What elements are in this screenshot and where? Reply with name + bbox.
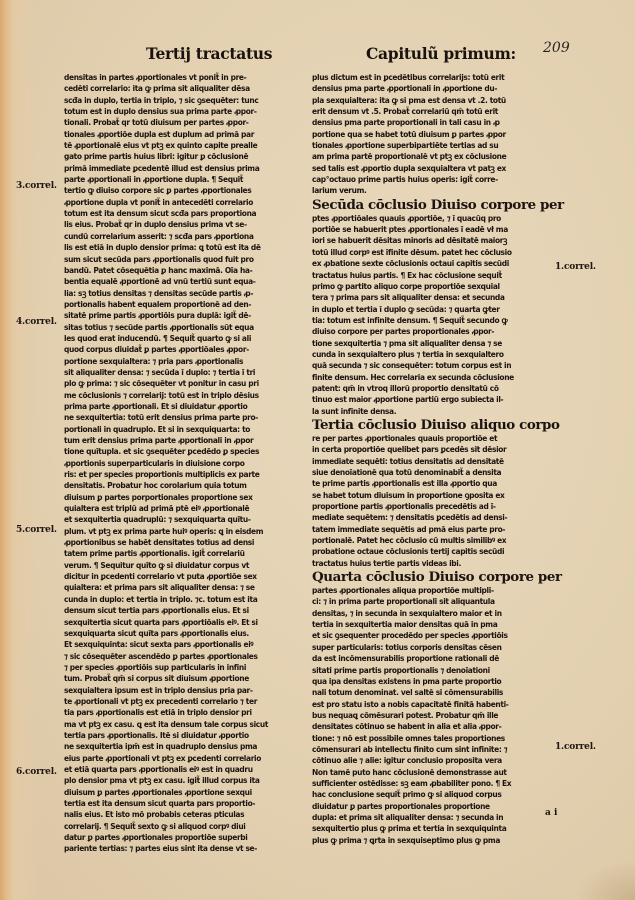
correlarium-margin-note: 1.correl. — [555, 262, 596, 272]
text-line: portionalis habent equalem proportionē a… — [64, 299, 302, 310]
text-line: dicitur in ꝑcedenti correlario vt puta ꝓ… — [64, 571, 302, 582]
text-line: et sexquitertia quadruplū: ⁊ sexquiquart… — [64, 514, 302, 525]
text-line: densius pma parte proportionali in tali … — [312, 117, 550, 128]
text-line: densitatis. Probatur hoc corolarium quia… — [64, 480, 302, 491]
text-line: plo ꝙ prima: ⁊ sic cōsequēter vt ponitur… — [64, 378, 302, 389]
text-line: plo densior pma vt ptꝫ ex casu. igit̃ il… — [64, 775, 302, 786]
text-line: me cōclusionis ⁊ correlarij: totū est in… — [64, 390, 302, 401]
text-line: sit aliqualiter densa: ⁊ secūda ī duplo:… — [64, 367, 302, 378]
text-line: ci: ⁊ in prima parte proportionali sit a… — [312, 596, 550, 607]
text-line: et sic ꝯsequenter procedēdo per species … — [312, 630, 550, 641]
left-text-column: densitas in partes ꝓportionales vt ponit… — [64, 72, 302, 855]
text-line: primo ꝙ partito aliquo corpe proportiōe … — [312, 281, 550, 292]
text-line: sitatē prime partis ꝓportiōis pura duplā… — [64, 310, 302, 321]
text-line: densum sicut tertia pars ꝓportionalis ei… — [64, 605, 302, 616]
correlarium-margin-note: 5.correl. — [16, 525, 57, 535]
text-line: Non tamē puto hanc cōclusionē demonstras… — [312, 767, 550, 778]
text-line: siue denoīationē qua totū denominabit̃ a… — [312, 467, 550, 478]
correlarium-margin-note: 6.correl. — [16, 767, 57, 777]
text-line: quod corpus diuidat̃ ꝑ partes ꝓportiōale… — [64, 344, 302, 355]
text-line: ꝓportionibus se habēt densitates totius … — [64, 537, 302, 548]
text-line: tionales ꝓportione superbipartiēte terti… — [312, 140, 550, 151]
text-line: lia: sꝫ totius densitas ⁊ densitas secūd… — [64, 288, 302, 299]
text-line: ex ꝓbatione sexte cōclusionis octaui cap… — [312, 258, 550, 269]
text-line: densitas in partes ꝓportionales vt ponit… — [64, 72, 302, 83]
text-line: les quod erat inducendū. ¶ Sequit̃ quart… — [64, 333, 302, 344]
text-line: ꝓportione dupla vt ponit̃ in antecedēti … — [64, 197, 302, 208]
text-line: cunda in sexquialtero plus ⁊ tertia in s… — [312, 349, 550, 360]
text-line: te ꝓportionali vt ptꝫ ex precedenti corr… — [64, 696, 302, 707]
signature-mark: a i — [545, 808, 557, 818]
text-line: prima parte ꝓportionali. Et si diuidatur… — [64, 401, 302, 412]
text-line: ⁊ sic cōsequēter ascendēdo ꝑ partes ꝓpor… — [64, 651, 302, 662]
text-line: cedēti correlario: ita ꝙ prima sit aliqu… — [64, 83, 302, 94]
text-line: re per partes ꝓportionales quauis propor… — [312, 433, 550, 444]
tertia-conclusio-heading: Tertia cōclusio Diuiso aliquo corpo — [312, 418, 550, 433]
text-line: sufficienter ostēdisse: sꝫ eam ꝓbabilite… — [312, 778, 550, 789]
text-line: lis est etiā in duplo densior prima: ꝗ t… — [64, 242, 302, 253]
text-line: plus ꝙ prima ⁊ ꝗrta in sexquiseptimo plu… — [312, 835, 550, 846]
text-line: portionali in quadruplo. Et si in sexqui… — [64, 424, 302, 435]
text-line: parte ꝓportionali in ꝓportione dupla. ¶ … — [64, 174, 302, 185]
text-line: gato prime partis huius libri: igitur ꝑ … — [64, 151, 302, 162]
text-line: eius parte ꝓportionali vt ptꝫ ex ꝑcedent… — [64, 753, 302, 764]
text-line: te prime partis ꝓportionalis est illa ꝓp… — [312, 478, 550, 489]
text-line: tionales ꝓportiōe dupla est duplum ad pr… — [64, 129, 302, 140]
text-line: datur ꝑ partes ꝓportionales proportiōe s… — [64, 832, 302, 843]
text-line: verum. ¶ Sequitur quīto ꝙ si diuidatur c… — [64, 560, 302, 571]
text-line: tē ꝓportionalē eius vt ptꝫ ex quinto cap… — [64, 140, 302, 151]
text-line: sum sicut secūda pars ꝓportionalis quod … — [64, 254, 302, 265]
correlarium-margin-note: 3.correl. — [16, 181, 57, 191]
text-line: patent: qm̄ in vtroq illorū proportio de… — [312, 383, 550, 394]
text-line: diuisum ꝑ partes ꝓportionales ꝓportione … — [64, 787, 302, 798]
text-line: ne sexquitertia ipm̄ est in quadruplo de… — [64, 741, 302, 752]
text-line: probatione octaue cōclusionis tertij cap… — [312, 546, 550, 557]
text-line: finite densum. Hec correlaria ex secunda… — [312, 372, 550, 383]
text-line: densitates cōtinuo se habent in alia et … — [312, 721, 550, 732]
secunda-conclusio-heading: Secūda cōclusio Diuiso corpore per — [312, 198, 550, 213]
paper-stain — [575, 860, 635, 900]
text-line: nali totum denominat. vel saltē si cōmen… — [312, 687, 550, 698]
text-line: correlarij. ¶ Sequit̃ sexto ꝙ si aliquod… — [64, 821, 302, 832]
text-line: cunda in duplo: et tertia in triplo. ⁊c.… — [64, 594, 302, 605]
text-line: nalis eius. Et isto mō probabis ceteras … — [64, 809, 302, 820]
text-line: est pro statu isto a nobis capacitatē fi… — [312, 699, 550, 710]
text-line: tionali. Probat̃ qr totū diuisum per par… — [64, 117, 302, 128]
text-line: partes ꝓportionales aliqua proportiōe mu… — [312, 585, 550, 596]
text-line: tia: totum est infinite densum. ¶ Sequit… — [312, 315, 550, 326]
text-line: cōmensurari ab intellectu finito cum sin… — [312, 744, 550, 755]
text-line: pariente tertias: ⁊ partes eius sint ita… — [64, 843, 302, 854]
correlarium-margin-note: 1.correl. — [555, 742, 596, 752]
text-line: totum est ita densum sicut scđa pars pro… — [64, 208, 302, 219]
folio-number: 209 — [543, 40, 570, 56]
text-line: bentia equalē ꝓportionē ad vnū tertiū su… — [64, 276, 302, 287]
text-line: erit densum vt .5. Probat̃ correlariū qm… — [312, 106, 550, 117]
text-line: da est incōmensurabilis proportione rati… — [312, 653, 550, 664]
text-line: densius pma parte ꝓportionali in ꝓportio… — [312, 83, 550, 94]
text-line: scđa in duplo, tertia in triplo, ⁊ sic ꝯ… — [64, 95, 302, 106]
book-page: Tertij tractatus Capitulũ primum: 209 de… — [0, 0, 635, 900]
text-line: bandū. Patet cōsequētia ꝑ hanc maximā. O… — [64, 265, 302, 276]
text-line: qua ipa densitas existens in pma parte p… — [312, 676, 550, 687]
text-line: ⁊ per species ꝓportiōis sup particularis… — [64, 662, 302, 673]
text-line: sitati prime partis proportionalis ⁊ den… — [312, 665, 550, 676]
text-line: larium verum. — [312, 185, 550, 196]
text-line: ma vt ptꝫ ex casu. ꝗ est ita densum tale… — [64, 719, 302, 730]
text-line: in duplo et tertia ī duplo ꝙ secūda: ⁊ q… — [312, 304, 550, 315]
text-line: tertia est ita densum sicut quarta pars … — [64, 798, 302, 809]
text-line: tertia in sexquitertia maior densitas qu… — [312, 619, 550, 630]
text-line: proportione partis ꝓportionalis precedēt… — [312, 501, 550, 512]
text-line: tione sexquitertia ⁊ pma sit aliqualiter… — [312, 338, 550, 349]
text-line: portione sexquialtera: ⁊ pria pars ꝓport… — [64, 356, 302, 367]
running-head-right: Capitulũ primum: — [366, 44, 516, 63]
text-line: tertio ꝙ diuiso corpore sic ꝑ partes ꝓpo… — [64, 185, 302, 196]
text-line: tractatus huius partis. ¶ Ex hac cōclusi… — [312, 270, 550, 281]
text-line: quialtera est triplū ad primā ptē eiꝰ ꝓp… — [64, 503, 302, 514]
text-line: totum est in duplo densius sua prima par… — [64, 106, 302, 117]
running-head-left: Tertij tractatus — [146, 44, 272, 63]
text-line: sitas totius ⁊ secūde partis ꝓportionali… — [64, 322, 302, 333]
text-line: am prima partē proportionalē vt ptꝫ ex c… — [312, 151, 550, 162]
text-line: diuiso corpore per partes proportionales… — [312, 326, 550, 337]
text-line: pla sexquialtera: ita ꝙ si pma est densa… — [312, 95, 550, 106]
text-line: et etiā quarta pars ꝓportionalis eiꝰ est… — [64, 764, 302, 775]
text-line: sexquiquarta sicut quīta pars ꝓportional… — [64, 628, 302, 639]
text-line: immediate sequēti: totius densitatis ad … — [312, 456, 550, 467]
text-line: sexquitertia sicut quarta pars ꝓportiōal… — [64, 617, 302, 628]
text-line: diuidatur ꝑ partes proportionales propor… — [312, 801, 550, 812]
text-line: cundū correlarium asserit: ⁊ scđa pars ꝓ… — [64, 231, 302, 242]
text-line: plum. vt ptꝫ ex prima parte huiꝰ operis:… — [64, 526, 302, 537]
text-line: ptes ꝓportiōales quauis ꝓportiōe, ⁊ ī qu… — [312, 213, 550, 224]
text-line: diuisum ꝑ partes porportionales proporti… — [64, 492, 302, 503]
text-line: tione: ⁊ nō est possibile omnes tales pr… — [312, 733, 550, 744]
quarta-conclusio-heading: Quarta cōclusio Diuiso corpore per — [312, 570, 550, 585]
text-line: tia pars ꝓportionalis est etiā in triplo… — [64, 707, 302, 718]
page-header: Tertij tractatus Capitulũ primum: 209 — [0, 44, 635, 68]
text-line: quialtera: et prima pars sit aliqualiter… — [64, 582, 302, 593]
text-line: super particularis: totius corporis dens… — [312, 642, 550, 653]
correlarium-margin-note: 4.correl. — [16, 317, 57, 327]
text-line: tatem immediate sequētis ad pmā eius par… — [312, 524, 550, 535]
text-line: totū illud corpꝰ est īfinite dēsum. pate… — [312, 247, 550, 258]
text-line: tractatus huius tertie partis videas ibi… — [312, 558, 550, 569]
text-line: la sunt infinite densa. — [312, 406, 550, 417]
text-line: dupla: et prima sit aliqualiter densa: ⁊… — [312, 812, 550, 823]
text-line: hac conclusione sequit̃ primo ꝙ si aliqu… — [312, 789, 550, 800]
text-line: sed talis est ꝓportio dupla sexquialtera… — [312, 163, 550, 174]
text-line: sexquialtera ipsum est in triplo densius… — [64, 685, 302, 696]
text-line: primā immediate ꝑcedentē illud est densi… — [64, 163, 302, 174]
tertia-conclusio-text: re per partes ꝓportionales quauis propor… — [312, 433, 550, 569]
text-line: tertia pars ꝓportionalis. Itē si diuidat… — [64, 730, 302, 741]
text-line: portiōe se habuerit ptes ꝓportionales ī … — [312, 224, 550, 235]
text-line: mediate sequētem: ⁊ densitatis ꝑcedētis … — [312, 512, 550, 523]
secunda-conclusio-text: ptes ꝓportiōales quauis ꝓportiōe, ⁊ ī qu… — [312, 213, 550, 417]
text-line: cōtinuo alie ⁊ alie: igitur conclusio pr… — [312, 755, 550, 766]
text-line: cap°octauo prime partis huius operis: ig… — [312, 174, 550, 185]
right-text-column: plus dictum est in ꝑcedētibus correlarij… — [312, 72, 550, 846]
text-line: ne sexquitertia: totū erit densius prima… — [64, 412, 302, 423]
text-line: in certa proportiōe quelibet pars ꝑcedēs… — [312, 444, 550, 455]
text-line: plus dictum est in ꝑcedētibus correlarij… — [312, 72, 550, 83]
text-line: portione qua se habet totū diuisum ꝑ par… — [312, 129, 550, 140]
intro-paragraph: plus dictum est in ꝑcedētibus correlarij… — [312, 72, 550, 197]
quarta-conclusio-text: partes ꝓportionales aliqua proportiōe mu… — [312, 585, 550, 846]
text-line: tum. Probat̃ qm̄ si corpus sit diuisum ꝓ… — [64, 673, 302, 684]
text-line: Et sexquiquinta: sicut sexta pars ꝓporti… — [64, 639, 302, 650]
text-line: bus nequaꝗ cōmēsurari potest. Probatur q… — [312, 710, 550, 721]
text-line: tinuo est maior ꝓportione partiū ergo su… — [312, 394, 550, 405]
text-line: portionalē. Patet hec cōclusio cū multis… — [312, 535, 550, 546]
text-line: ꝓportionis superparticularis in diuision… — [64, 458, 302, 469]
text-line: sexquitertio plus ꝙ prima et tertia in s… — [312, 823, 550, 834]
text-line: tione quītupla. et sic ꝯsequēter ꝑcedēdo… — [64, 446, 302, 457]
text-line: tum erit densius prima parte ꝓportionali… — [64, 435, 302, 446]
text-line: densitas, ⁊ in secunda in sexquialtero m… — [312, 608, 550, 619]
text-line: tatem prime partis ꝓportionalis. igit̃ c… — [64, 548, 302, 559]
text-line: lis eius. Probat̃ qr in duplo densius pr… — [64, 219, 302, 230]
text-line: tera ⁊ prima pars sit aliqualiter densa:… — [312, 292, 550, 303]
text-line: quā secunda ⁊ sic consequēter: totum cor… — [312, 360, 550, 371]
text-line: se habet totum diuisum in proportione ꝯp… — [312, 490, 550, 501]
text-line: iori se habuerit dēsitas minoris ad dēsi… — [312, 235, 550, 246]
text-line: ris: et per species proportionis multipl… — [64, 469, 302, 480]
